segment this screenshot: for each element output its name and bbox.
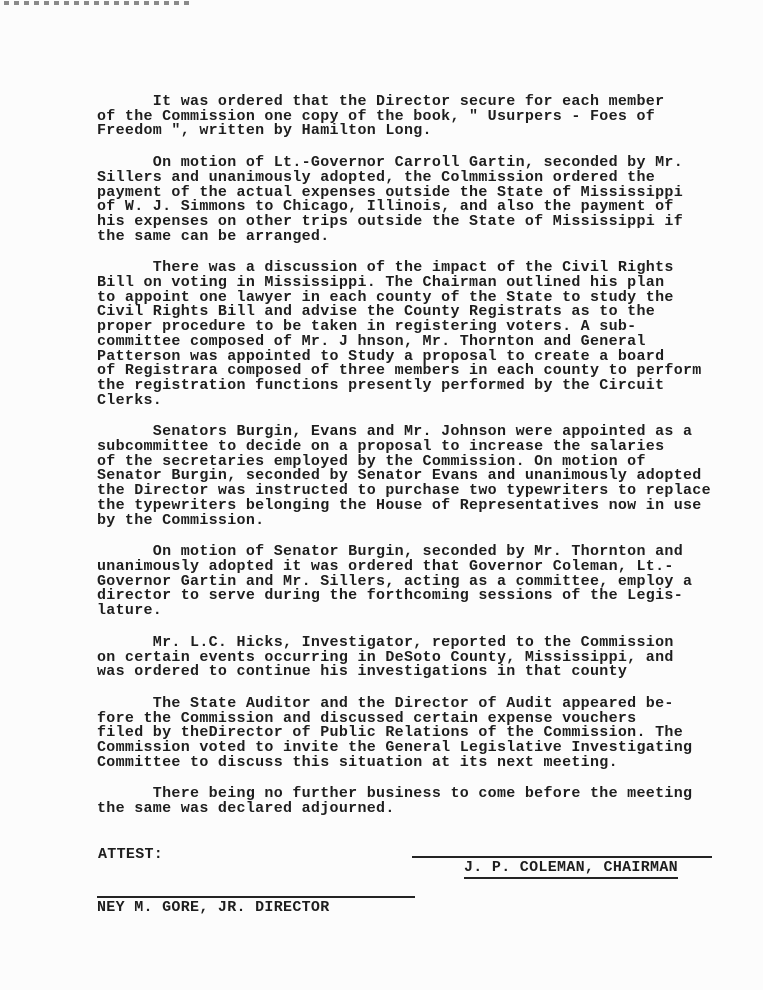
text-line: Clerks. bbox=[97, 394, 727, 409]
text-line: was ordered to continue his investigatio… bbox=[97, 665, 727, 680]
perforation-dash bbox=[64, 1, 69, 5]
perforation-dash bbox=[164, 1, 169, 5]
paragraph: It was ordered that the Director secure … bbox=[97, 95, 727, 139]
text-line: by the Commission. bbox=[97, 514, 727, 529]
attest-label: ATTEST: bbox=[98, 846, 163, 863]
paragraph: On motion of Lt.-Governor Carroll Gartin… bbox=[97, 156, 727, 244]
perforation-dash bbox=[14, 1, 19, 5]
text-line: director to serve during the forthcoming… bbox=[97, 589, 727, 604]
perforation-dash bbox=[114, 1, 119, 5]
document-text: It was ordered that the Director secure … bbox=[97, 95, 727, 834]
paragraph: Senators Burgin, Evans and Mr. Johnson w… bbox=[97, 425, 727, 528]
paragraph: The State Auditor and the Director of Au… bbox=[97, 697, 727, 771]
paragraph: Mr. L.C. Hicks, Investigator, reported t… bbox=[97, 636, 727, 680]
director-signature-line bbox=[97, 896, 415, 898]
perforation-dash bbox=[134, 1, 139, 5]
perforation-dash bbox=[184, 1, 189, 5]
director-signature-block: NEY M. GORE, JR. DIRECTOR bbox=[97, 896, 415, 916]
perforation-marks bbox=[4, 1, 194, 5]
perforation-dash bbox=[144, 1, 149, 5]
paragraph: There was a discussion of the impact of … bbox=[97, 261, 727, 408]
text-line: lature. bbox=[97, 604, 727, 619]
text-line: the registration functions presently per… bbox=[97, 379, 727, 394]
chairman-name: J. P. COLEMAN, CHAIRMAN bbox=[464, 859, 678, 879]
text-line: the same can be arranged. bbox=[97, 230, 727, 245]
text-line: Freedom ", written by Hamilton Long. bbox=[97, 124, 727, 139]
perforation-dash bbox=[4, 1, 9, 5]
perforation-dash bbox=[154, 1, 159, 5]
chairman-signature-block: J. P. COLEMAN, CHAIRMAN bbox=[412, 856, 712, 879]
perforation-dash bbox=[124, 1, 129, 5]
perforation-dash bbox=[44, 1, 49, 5]
perforation-dash bbox=[24, 1, 29, 5]
document-page: It was ordered that the Director secure … bbox=[0, 0, 763, 990]
perforation-dash bbox=[84, 1, 89, 5]
perforation-dash bbox=[174, 1, 179, 5]
perforation-dash bbox=[74, 1, 79, 5]
text-line: Committee to discuss this situation at i… bbox=[97, 756, 727, 771]
perforation-dash bbox=[34, 1, 39, 5]
perforation-dash bbox=[104, 1, 109, 5]
paragraph: There being no further business to come … bbox=[97, 787, 727, 816]
text-line: the same was declared adjourned. bbox=[97, 802, 727, 817]
perforation-dash bbox=[94, 1, 99, 5]
director-name: NEY M. GORE, JR. DIRECTOR bbox=[97, 899, 330, 916]
paragraph: On motion of Senator Burgin, seconded by… bbox=[97, 545, 727, 619]
chairman-signature-line bbox=[412, 856, 712, 858]
perforation-dash bbox=[54, 1, 59, 5]
